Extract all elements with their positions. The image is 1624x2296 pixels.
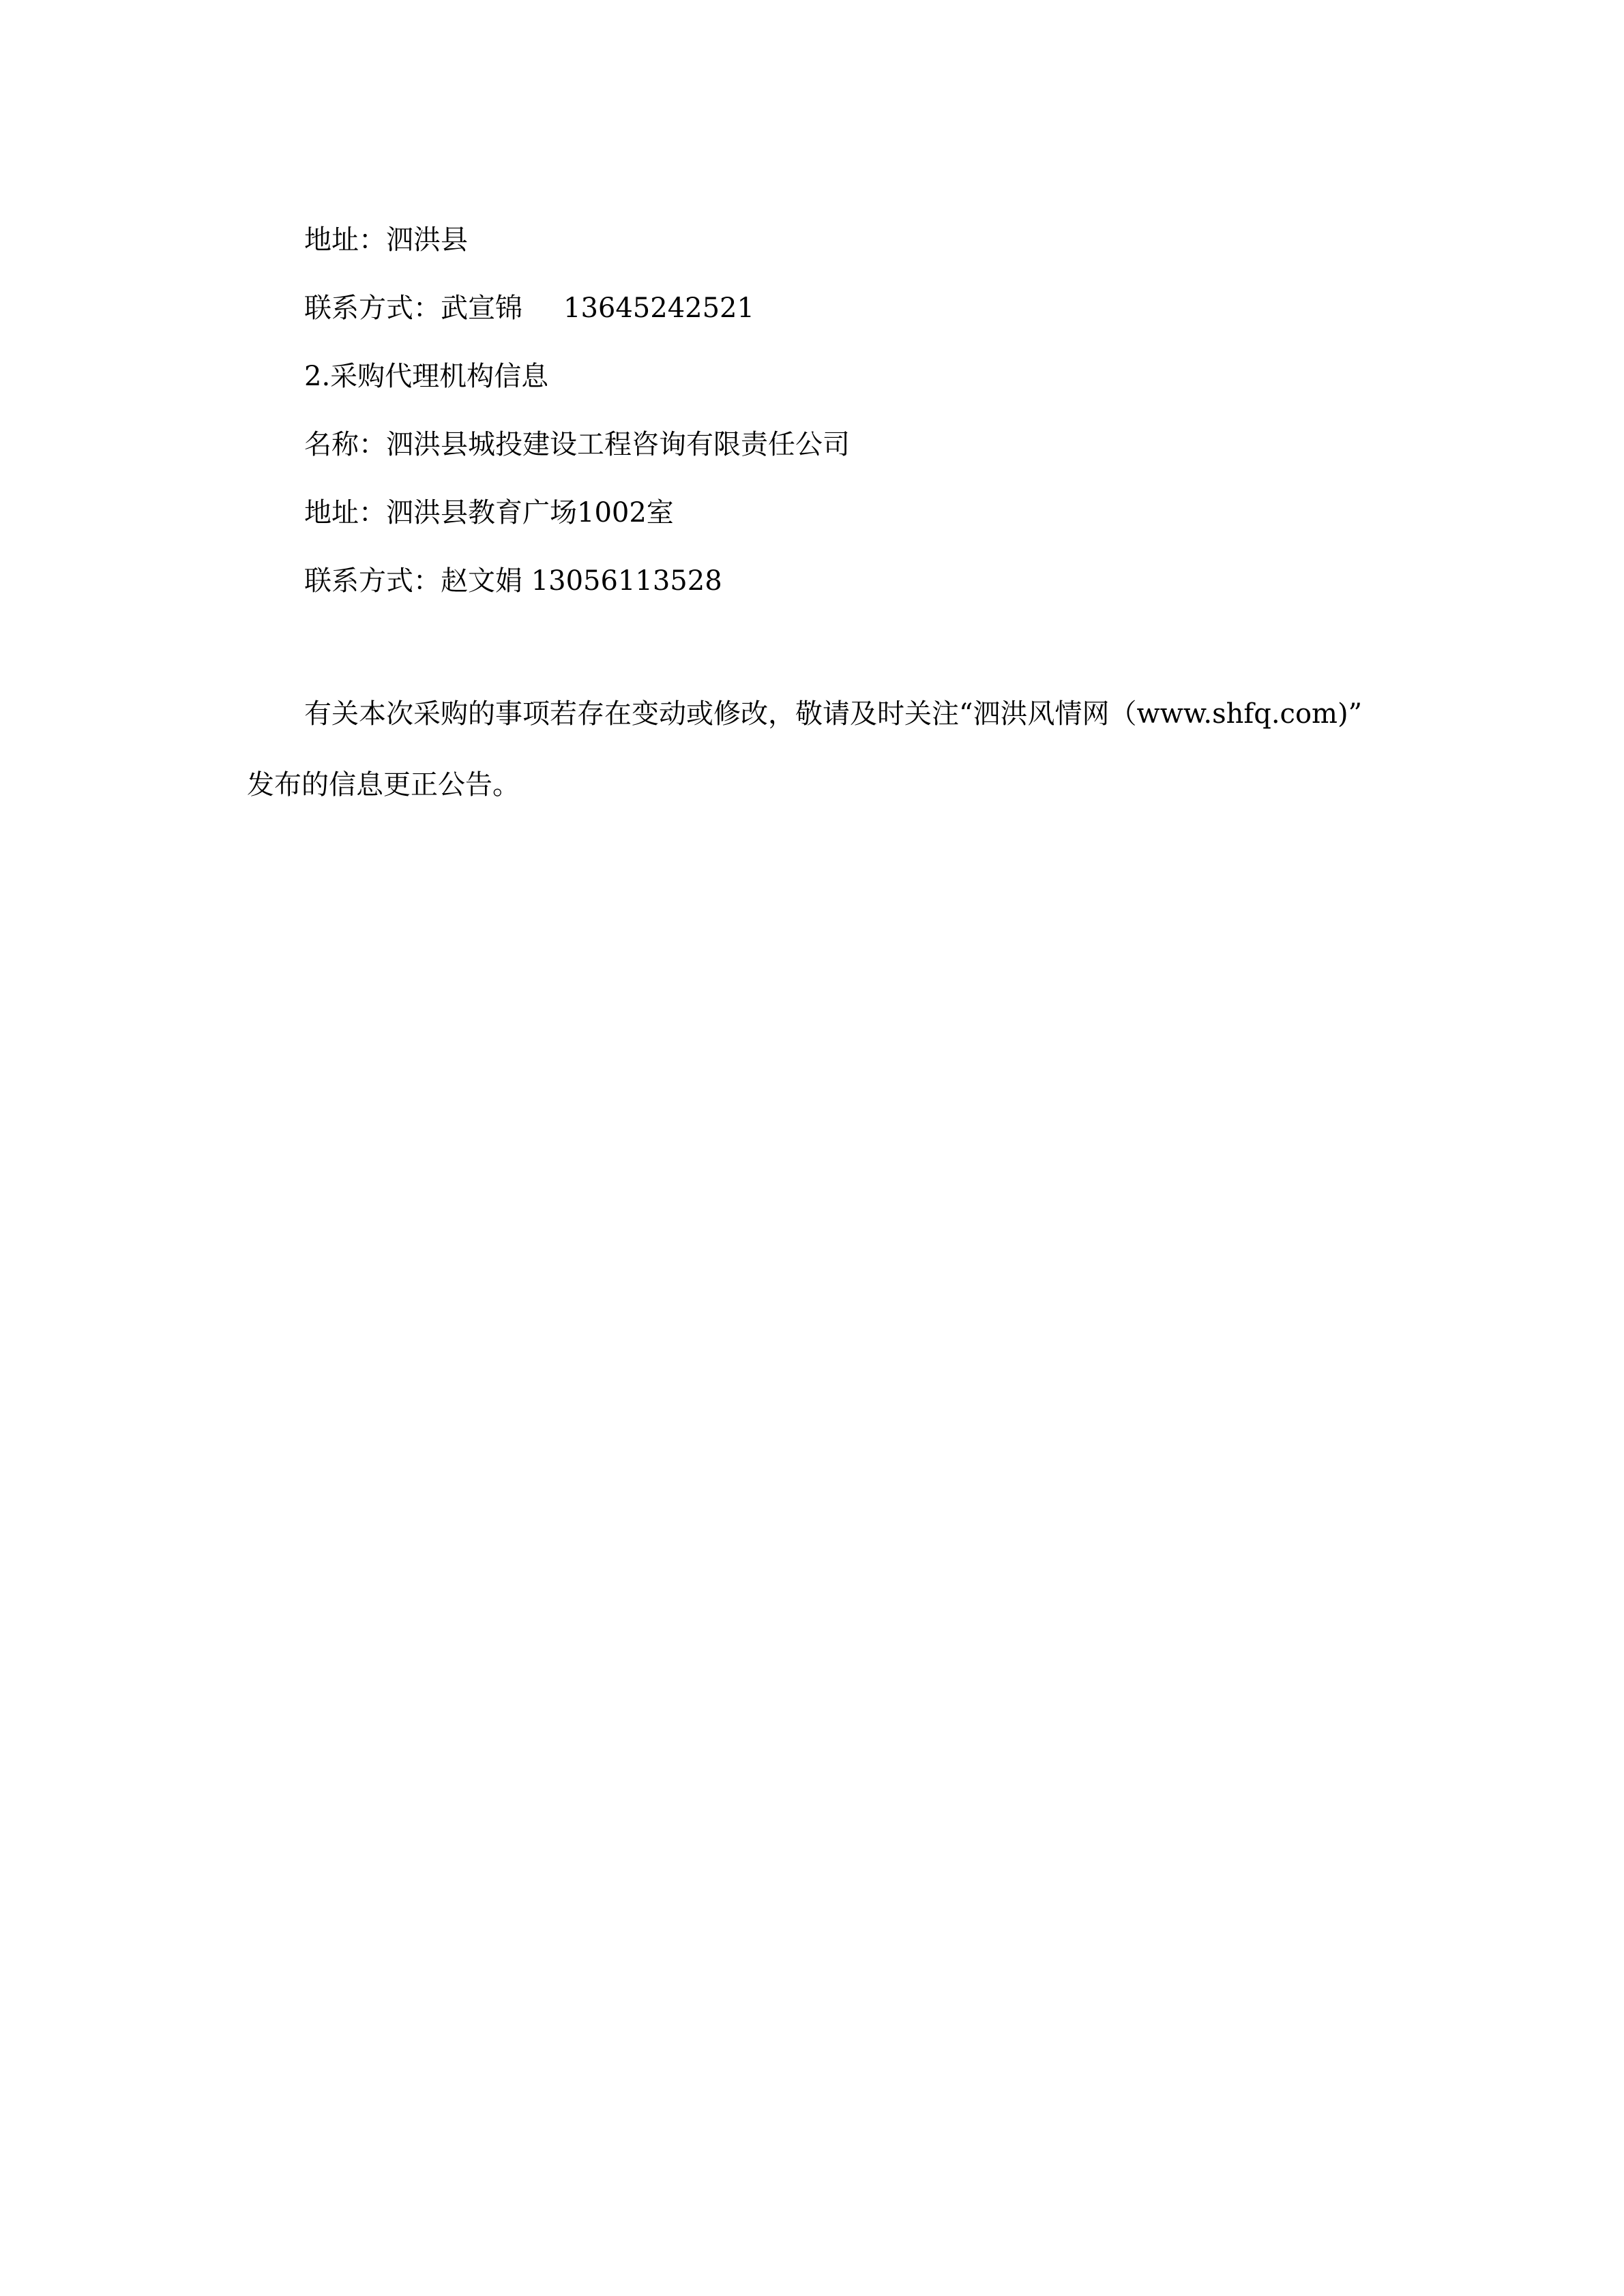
- update-notice-line-2: 发布的信息更正公告。: [247, 768, 520, 802]
- agency-contact: 联系方式：赵文娟 13056113528: [304, 564, 722, 598]
- agency-name: 名称：泗洪县城投建设工程咨询有限责任公司: [304, 428, 850, 462]
- update-notice-line-1: 有关本次采购的事项若存在变动或修改，敬请及时关注“泗洪风情网（www.shfq.…: [304, 697, 1362, 731]
- agency-address: 地址：泗洪县教育广场1002室: [304, 496, 674, 530]
- purchaser-contact: 联系方式：武宣锦13645242521: [304, 291, 754, 325]
- document-page: 地址：泗洪县 联系方式：武宣锦13645242521 2.采购代理机构信息 名称…: [0, 0, 1624, 2296]
- purchaser-address: 地址：泗洪县: [304, 223, 468, 257]
- purchaser-contact-phone: 13645242521: [563, 293, 754, 324]
- purchaser-contact-name: 联系方式：武宣锦: [304, 293, 522, 324]
- agency-section-heading: 2.采购代理机构信息: [304, 359, 548, 393]
